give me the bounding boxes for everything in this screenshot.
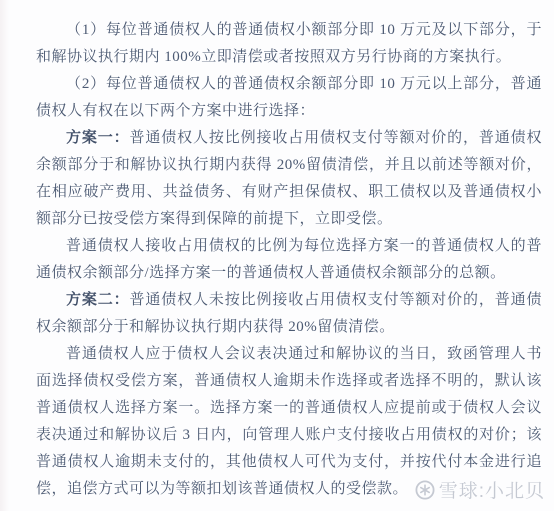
plan-one-label: 方案一：	[66, 130, 130, 146]
paragraph-text: （2）每位普通债权人的普通债权余额部分即 10 万元以上部分，普通债权人有权在以…	[36, 76, 542, 119]
paragraph-small-claims: （1）每位普通债权人的普通债权小额部分即 10 万元及以下部分，于和解协议执行期…	[36, 17, 542, 71]
paragraph-text: 普通债权人接收占用债权的比例为每位选择方案一的普通债权人的普通债权余额部分/选择…	[36, 238, 542, 281]
paragraph-text: 普通债权人应于债权人会议表决通过和解协议的当日，致函管理人书面选择债权受偿方案，…	[36, 346, 542, 497]
scan-edge-artifact	[0, 0, 9, 511]
paragraph-plan-one: 方案一：普通债权人按比例接收占用债权支付等额对价的，普通债权余额部分于和解协议执…	[36, 125, 542, 233]
paragraph-ratio: 普通债权人接收占用债权的比例为每位选择方案一的普通债权人的普通债权余额部分/选择…	[36, 233, 542, 287]
watermark-text: 雪球:小北贝	[439, 476, 545, 503]
paragraph-plan-two: 方案二：普通债权人未按比例接收占用债权支付等额对价的，普通债权余额部分于和解协议…	[36, 287, 542, 341]
xueqiu-snowball-icon	[415, 480, 439, 500]
plan-two-label: 方案二：	[66, 292, 130, 308]
paragraph-text: （1）每位普通债权人的普通债权小额部分即 10 万元及以下部分，于和解协议执行期…	[36, 22, 542, 65]
watermark: 雪球:小北贝	[415, 476, 545, 503]
document-body: （1）每位普通债权人的普通债权小额部分即 10 万元及以下部分，于和解协议执行期…	[36, 17, 542, 503]
paragraph-remaining-claims: （2）每位普通债权人的普通债权余额部分即 10 万元以上部分，普通债权人有权在以…	[36, 71, 542, 125]
